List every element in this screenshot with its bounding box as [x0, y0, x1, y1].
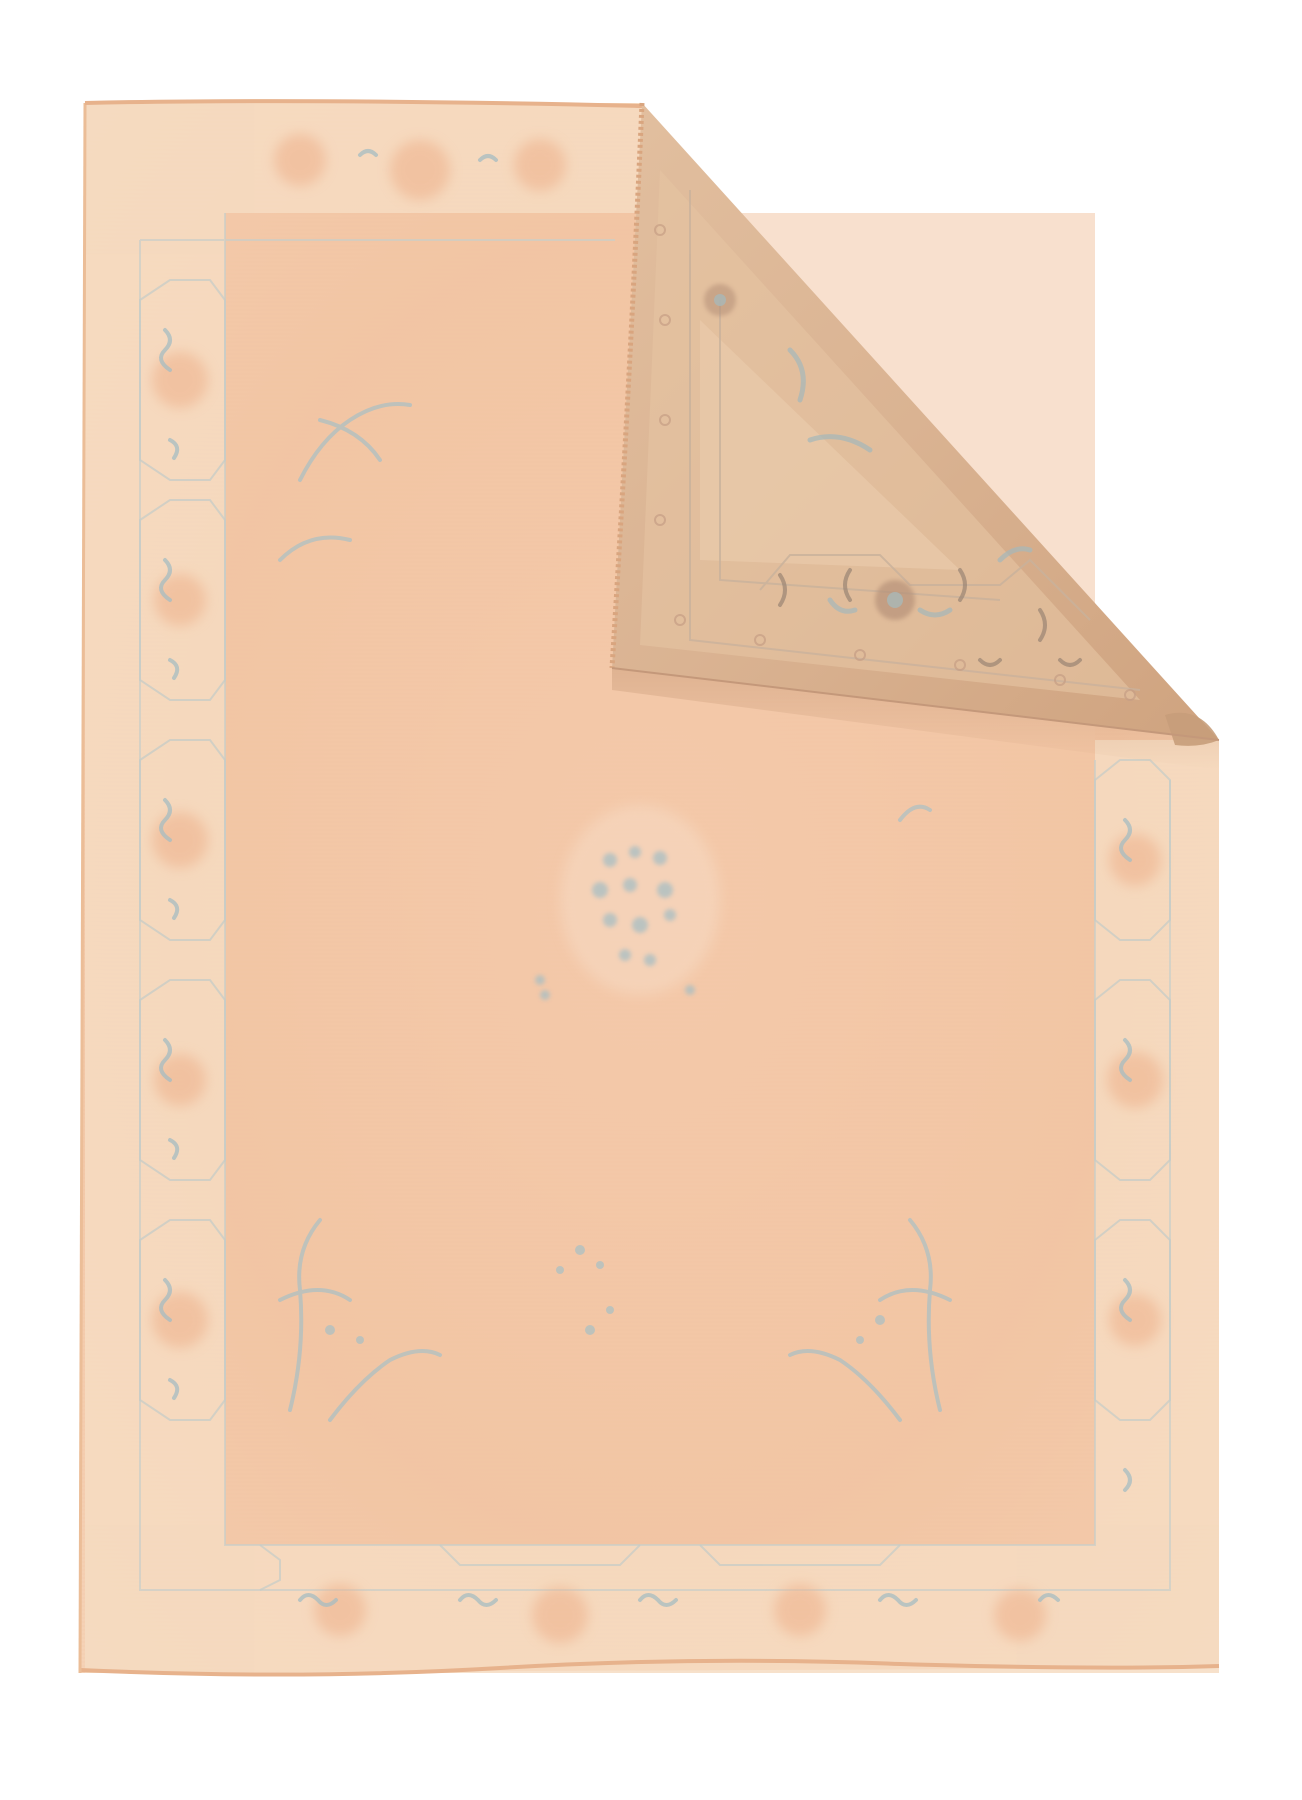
rug-illustration	[0, 0, 1302, 1800]
rug-photo	[0, 0, 1302, 1800]
folded-corner-back	[612, 103, 1219, 746]
